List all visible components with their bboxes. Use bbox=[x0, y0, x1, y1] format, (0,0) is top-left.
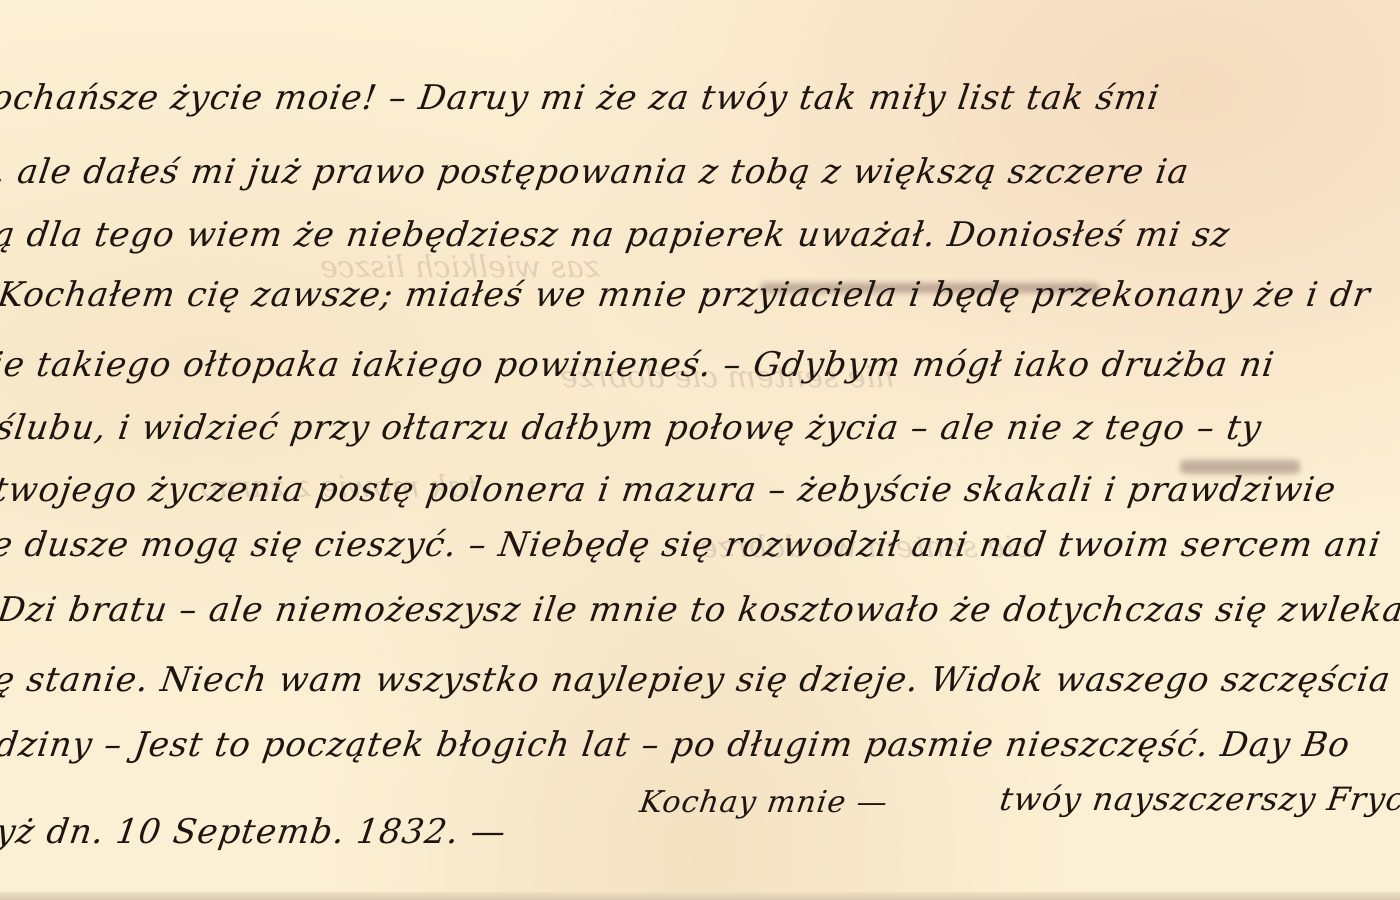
letter-line: e dusze mogą się cieszyć. – Niebędę się … bbox=[0, 525, 1384, 565]
letter-line: twojego życzenia postę polonera i mazura… bbox=[0, 470, 1339, 510]
letter-page: zas wielkich liszce nie sentem cie dobrz… bbox=[0, 0, 1400, 900]
letter-line: Kochałem cię zawsze; miałeś we mnie przy… bbox=[0, 275, 1373, 315]
letter-line: ę stanie. Niech wam wszystko naylepiey s… bbox=[0, 660, 1400, 700]
letter-line: dziny – Jest to początek błogich lat – p… bbox=[0, 725, 1353, 765]
letter-line: ślubu, i widzieć przy ołtarzu dałbym poł… bbox=[0, 408, 1264, 448]
signature: twóy nayszczerszy Fryc bbox=[997, 780, 1400, 818]
letter-line: ochańsze życie moie! – Daruy mi że za tw… bbox=[0, 78, 1162, 118]
closing: Kochay mnie — bbox=[638, 785, 891, 820]
letter-line: , ale dałeś mi już prawo postępowania z … bbox=[0, 152, 1192, 192]
letter-line: ą dla tego wiem że niebędziesz na papier… bbox=[0, 215, 1233, 255]
page-edge bbox=[0, 892, 1400, 900]
letter-line: ie takiego ołtopaka iakiego powinieneś. … bbox=[0, 345, 1277, 385]
letter-line: Dzi bratu – ale niemożeszysz ile mnie to… bbox=[0, 590, 1400, 630]
letter-line-date: yż dn. 10 Septemb. 1832. — bbox=[0, 812, 509, 852]
